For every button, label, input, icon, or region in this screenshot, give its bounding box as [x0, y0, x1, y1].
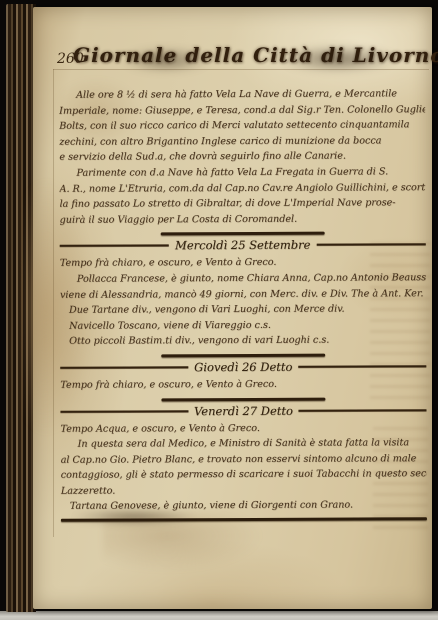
- manuscript-line: e servizio della Sud.a, che dovrà seguir…: [59, 149, 425, 166]
- manuscript-line: Tartana Genovese, è giunto, viene di Gio…: [61, 498, 427, 515]
- manuscript-line: al Cap.no Gio. Pietro Blanc, e trovato n…: [61, 451, 427, 468]
- header-rule-segment: [60, 245, 169, 247]
- manuscript-line: Lazzeretto.: [61, 482, 427, 499]
- manuscript-line: Due Tartane div., vengono di Vari Luoghi…: [60, 301, 426, 318]
- journal-paragraph: Parimente con d.a Nave hà fatto Vela La …: [59, 164, 425, 228]
- manuscript-line: Imperiale, nome: Giuseppe, e Teresa, con…: [59, 102, 425, 119]
- date-header: Venerdì 27 Detto: [60, 403, 426, 419]
- date-label: Giovedì 26 Detto: [194, 360, 292, 374]
- date-header-group: Venerdì 27 Detto: [60, 397, 426, 419]
- manuscript-line: zechini, con altro Brigantino Inglese ca…: [59, 133, 425, 150]
- manuscript-line: A. R., nome L'Etruria, com.da dal Cap.no…: [59, 180, 425, 197]
- scanned-book-photo: 260 Giornale della Città di Livorno Alle…: [0, 0, 438, 620]
- manuscript-line: Pollacca Francese, è giunto, nome Chiara…: [60, 270, 426, 287]
- manuscript-line: la fino passato Lo stretto di Gibraltar,…: [60, 195, 426, 212]
- date-label: Venerdì 27 Detto: [194, 403, 293, 417]
- manuscript-line: guirà il suo Viaggio per La Costa di Cor…: [60, 211, 426, 228]
- scanner-bed-strip: [0, 611, 438, 620]
- manuscript-line: In questa sera dal Medico, e Ministro di…: [61, 435, 427, 452]
- manuscript-line: Tempo Acqua, e oscuro, e Vento à Greco.: [61, 420, 427, 437]
- journal-paragraph: Tempo frà chiaro, e oscuro, e Vento à Gr…: [60, 376, 426, 393]
- header-rule-segment: [299, 409, 427, 412]
- header-rule-bar: [161, 354, 326, 358]
- header-rule-segment: [60, 366, 188, 369]
- book-binding-page-edges: [6, 4, 36, 612]
- header-rule-line: [53, 69, 429, 70]
- journal-paragraph: Tempo frà chiaro, e oscuro, e Vento à Gr…: [60, 255, 426, 350]
- manuscript-page: 260 Giornale della Città di Livorno Alle…: [33, 7, 432, 609]
- date-header-group: Giovedì 26 Detto: [60, 353, 426, 375]
- header-rule-bar: [160, 232, 325, 236]
- header-rule-segment: [60, 410, 188, 413]
- manuscript-text-block: Alle ore 8 ½ di sera hà fatto Vela La Na…: [59, 86, 427, 521]
- manuscript-line: Tempo frà chiaro, e oscuro, e Vento à Gr…: [60, 255, 426, 272]
- manuscript-line: Tempo frà chiaro, e oscuro, e Vento à Gr…: [60, 376, 426, 393]
- page-title: Giornale della Città di Livorno: [73, 43, 428, 67]
- closing-rule-line: [61, 517, 427, 521]
- journal-paragraph: Tempo Acqua, e oscuro, e Vento à Greco. …: [61, 420, 427, 515]
- manuscript-line: Parimente con d.a Nave hà fatto Vela La …: [59, 164, 425, 181]
- manuscript-line: Alle ore 8 ½ di sera hà fatto Vela La Na…: [59, 86, 425, 103]
- header-rule-segment: [316, 244, 425, 246]
- date-header: Giovedì 26 Detto: [60, 359, 426, 375]
- manuscript-line: contaggioso, gli è stato permesso di sca…: [61, 466, 427, 483]
- header-rule-bar: [161, 397, 326, 401]
- manuscript-line: Bolts, con il suo ricco carico di Merci …: [59, 117, 425, 134]
- date-header: Mercoldì 25 Settembre: [60, 238, 426, 254]
- margin-rule-line: [53, 69, 54, 537]
- manuscript-line: Navicello Toscano, viene di Viareggio c.…: [60, 317, 426, 334]
- date-header-group: Mercoldì 25 Settembre: [60, 232, 426, 254]
- manuscript-line: viene di Alessandria, mancò 49 giorni, c…: [60, 286, 426, 303]
- header-rule-segment: [298, 365, 426, 368]
- manuscript-line: Otto piccoli Bastim.ti div., vengono di …: [60, 333, 426, 350]
- journal-paragraph: Alle ore 8 ½ di sera hà fatto Vela La Na…: [59, 86, 425, 166]
- date-label: Mercoldì 25 Settembre: [175, 238, 310, 253]
